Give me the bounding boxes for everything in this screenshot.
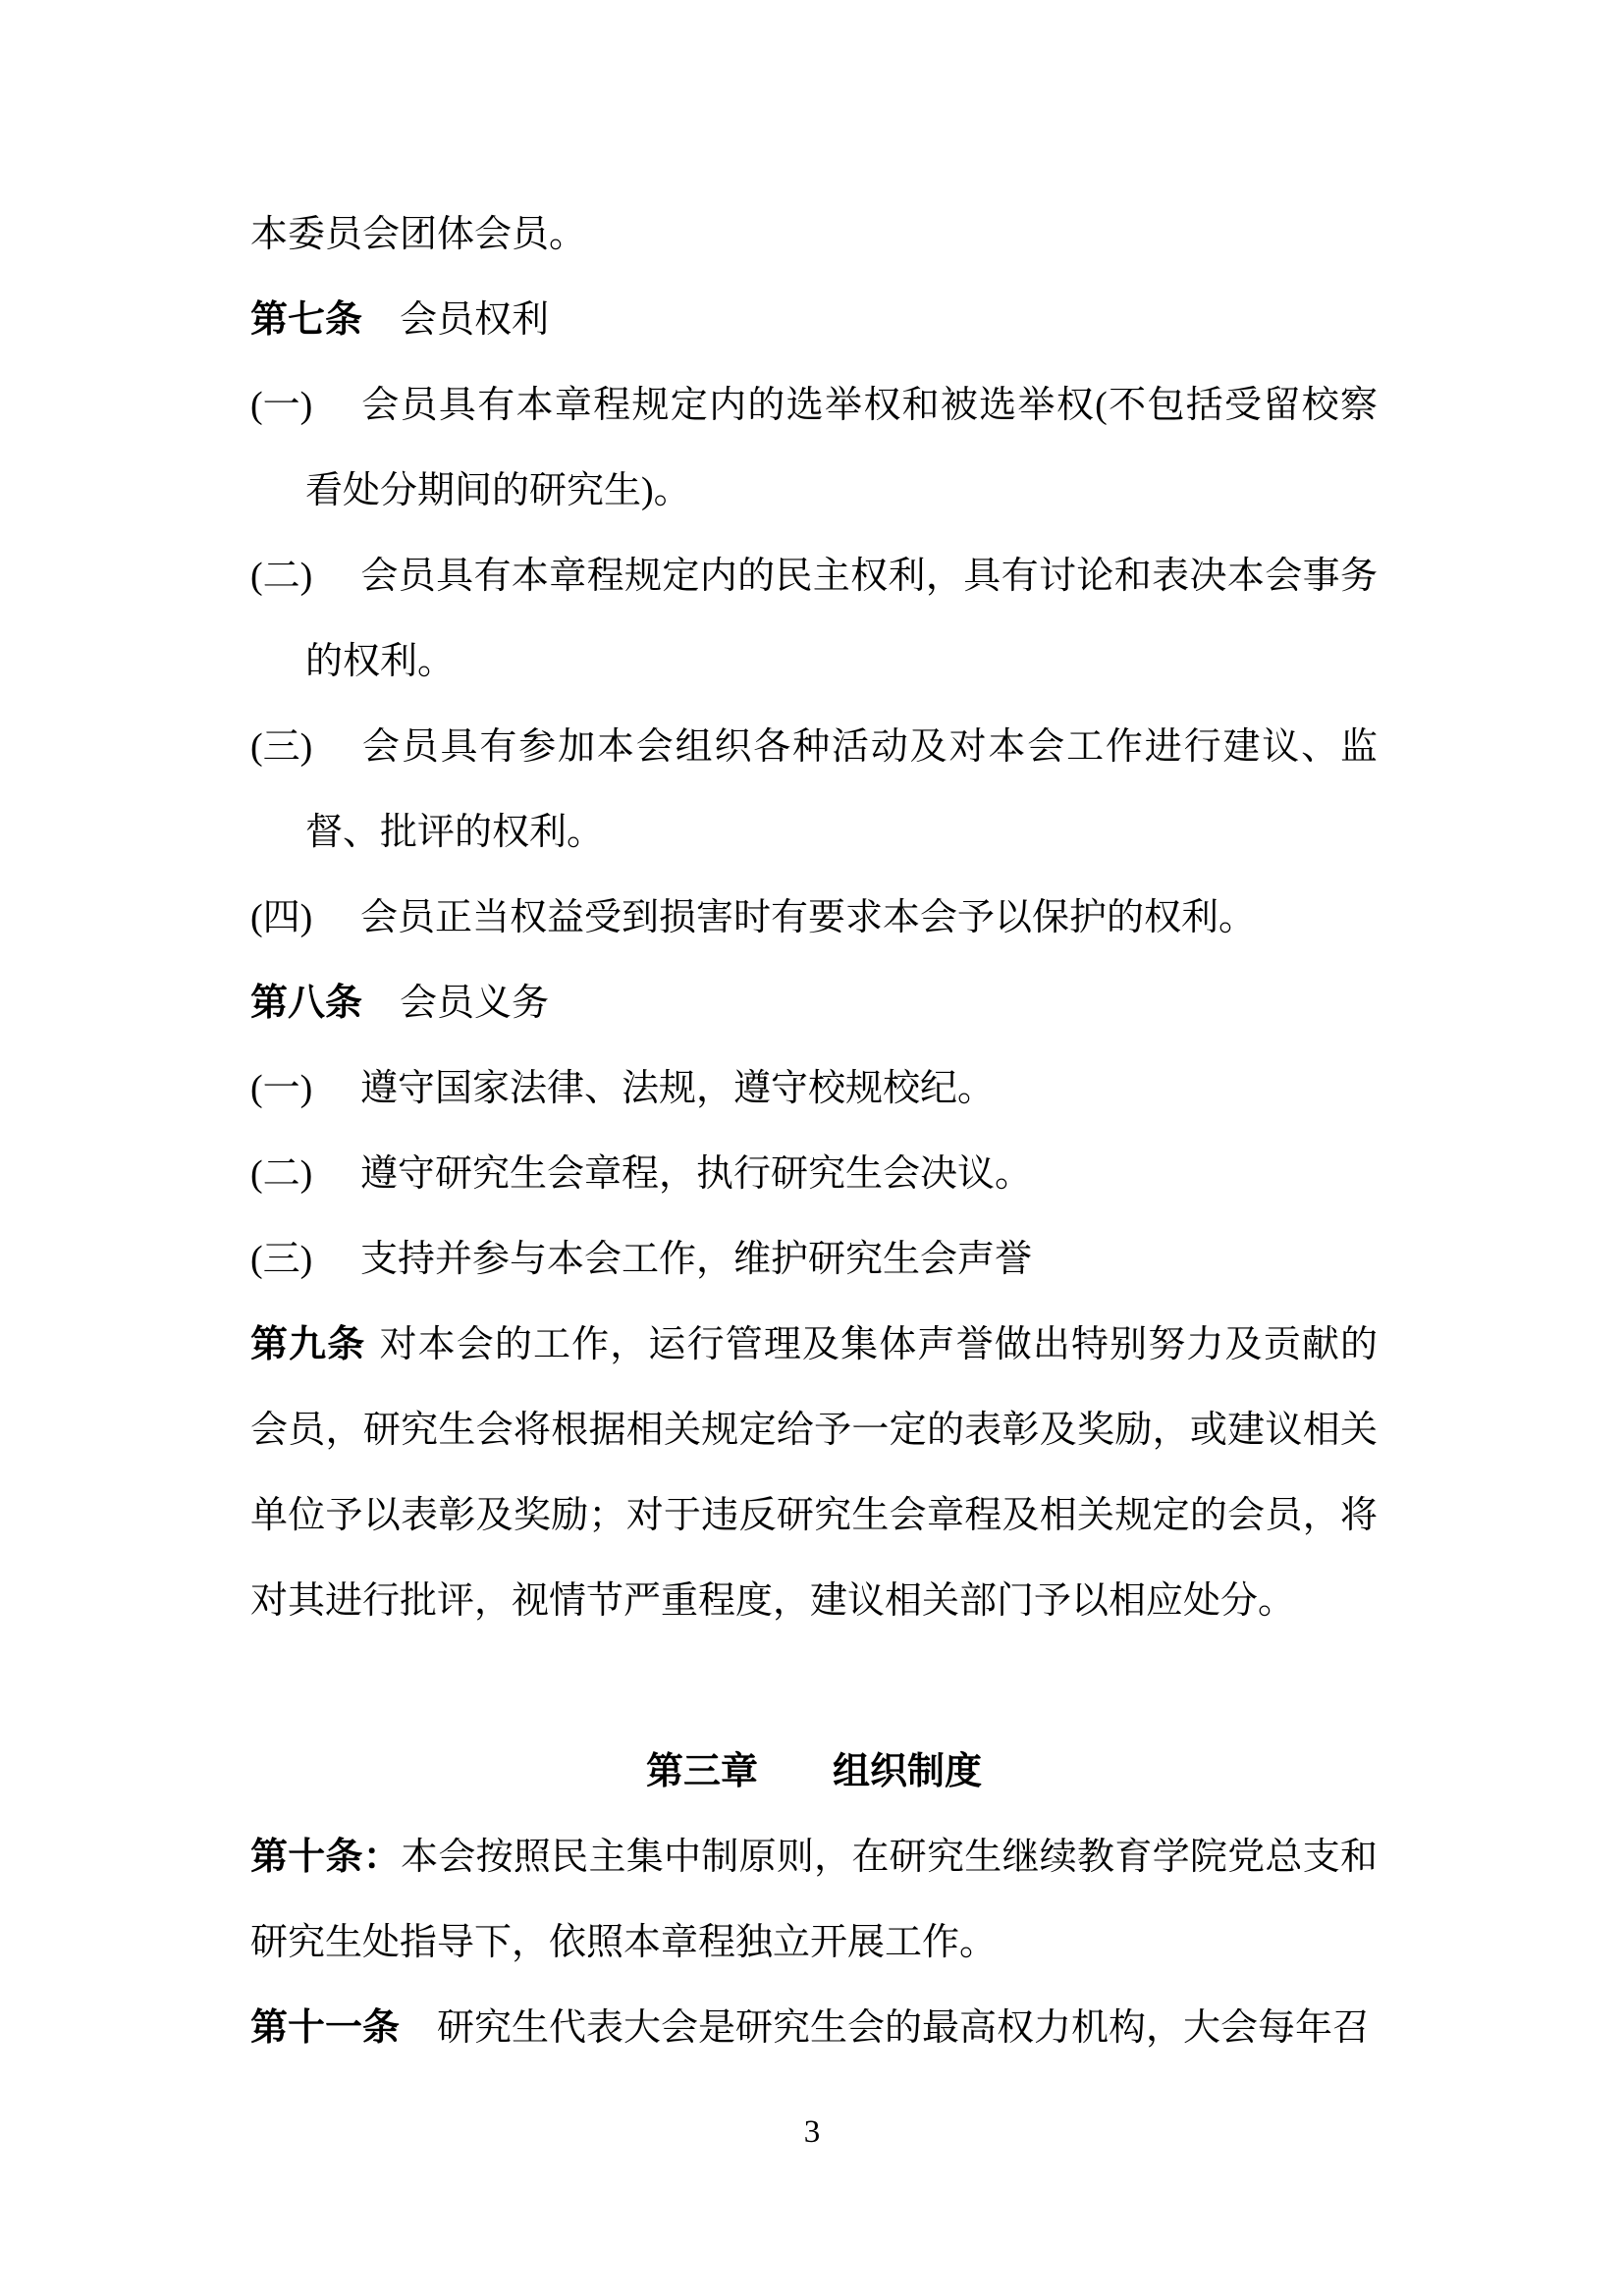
item-text: 会员具有本章程规定内的民主权利，具有讨论和表决本会事务的权利。 bbox=[305, 556, 1378, 682]
article-number-label: 第九条 bbox=[250, 1324, 365, 1365]
paragraph-text: 本委员会团体会员。 bbox=[250, 214, 586, 255]
chapter-3-heading: 第三章 组织制度 bbox=[250, 1730, 1378, 1815]
article-7-item-3: (三)会员具有参加本会组织各种活动及对本会工作进行建议、监督、批评的权利。 bbox=[250, 705, 1378, 876]
article-number-label: 第七条 bbox=[250, 299, 362, 341]
article-7-item-2: (二)会员具有本章程规定内的民主权利，具有讨论和表决本会事务的权利。 bbox=[250, 534, 1378, 705]
item-text: 会员正当权益受到损害时有要求本会予以保护的权利。 bbox=[360, 897, 1256, 938]
paragraph-continuation: 本委员会团体会员。 bbox=[250, 192, 1378, 278]
article-8-heading: 第八条 会员义务 bbox=[250, 961, 1378, 1046]
item-text: 遵守国家法律、法规，遵守校规校纪。 bbox=[360, 1068, 995, 1109]
page-content: 本委员会团体会员。 第七条 会员权利 (一)会员具有本章程规定内的选举权和被选举… bbox=[250, 192, 1378, 2071]
article-title-text: 会员权利 bbox=[362, 299, 549, 341]
article-10-paragraph: 第十条：本会按照民主集中制原则，在研究生继续教育学院党总支和研究生处指导下，依照… bbox=[250, 1815, 1378, 1986]
article-7-item-4: (四)会员正当权益受到损害时有要求本会予以保护的权利。 bbox=[250, 876, 1378, 961]
item-text: 会员具有参加本会组织各种活动及对本会工作进行建议、监督、批评的权利。 bbox=[305, 726, 1378, 853]
article-body-text: 对本会的工作，运行管理及集体声誉做出特别努力及贡献的会员，研究生会将根据相关规定… bbox=[250, 1324, 1378, 1622]
article-number-label: 第八条 bbox=[250, 983, 362, 1024]
item-number-label: (二) bbox=[250, 1132, 360, 1217]
article-number-label: 第十一条 bbox=[250, 2007, 400, 2049]
item-number-label: (一) bbox=[250, 1046, 360, 1132]
article-9-paragraph: 第九条对本会的工作，运行管理及集体声誉做出特别努力及贡献的会员，研究生会将根据相… bbox=[250, 1303, 1378, 1644]
item-text: 支持并参与本会工作，维护研究生会声誉 bbox=[360, 1239, 1032, 1280]
article-body-text: 本会按照民主集中制原则，在研究生继续教育学院党总支和研究生处指导下，依照本章程独… bbox=[250, 1837, 1378, 1963]
article-7-heading: 第七条 会员权利 bbox=[250, 278, 1378, 363]
article-title-text: 会员义务 bbox=[362, 983, 549, 1024]
article-11-paragraph: 第十一条 研究生代表大会是研究生会的最高权力机构，大会每年召 bbox=[250, 1986, 1378, 2071]
article-number-label: 第十条： bbox=[250, 1837, 401, 1878]
item-number-label: (三) bbox=[250, 705, 360, 790]
item-number-label: (二) bbox=[250, 534, 360, 619]
item-text: 遵守研究生会章程，执行研究生会决议。 bbox=[360, 1153, 1032, 1195]
chapter-heading-text: 第三章 组织制度 bbox=[646, 1751, 982, 1792]
document-page: 本委员会团体会员。 第七条 会员权利 (一)会员具有本章程规定内的选举权和被选举… bbox=[0, 0, 1624, 2296]
article-8-item-2: (二)遵守研究生会章程，执行研究生会决议。 bbox=[250, 1132, 1378, 1217]
item-text: 会员具有本章程规定内的选举权和被选举权(不包括受留校察看处分期间的研究生)。 bbox=[305, 385, 1378, 511]
item-number-label: (三) bbox=[250, 1217, 360, 1303]
page-number: 3 bbox=[0, 2110, 1624, 2154]
item-number-label: (一) bbox=[250, 363, 360, 449]
article-body-text: 研究生代表大会是研究生会的最高权力机构，大会每年召 bbox=[400, 2007, 1370, 2049]
article-8-item-1: (一)遵守国家法律、法规，遵守校规校纪。 bbox=[250, 1046, 1378, 1132]
item-number-label: (四) bbox=[250, 876, 360, 961]
article-8-item-3: (三)支持并参与本会工作，维护研究生会声誉 bbox=[250, 1217, 1378, 1303]
article-7-item-1: (一)会员具有本章程规定内的选举权和被选举权(不包括受留校察看处分期间的研究生)… bbox=[250, 363, 1378, 534]
